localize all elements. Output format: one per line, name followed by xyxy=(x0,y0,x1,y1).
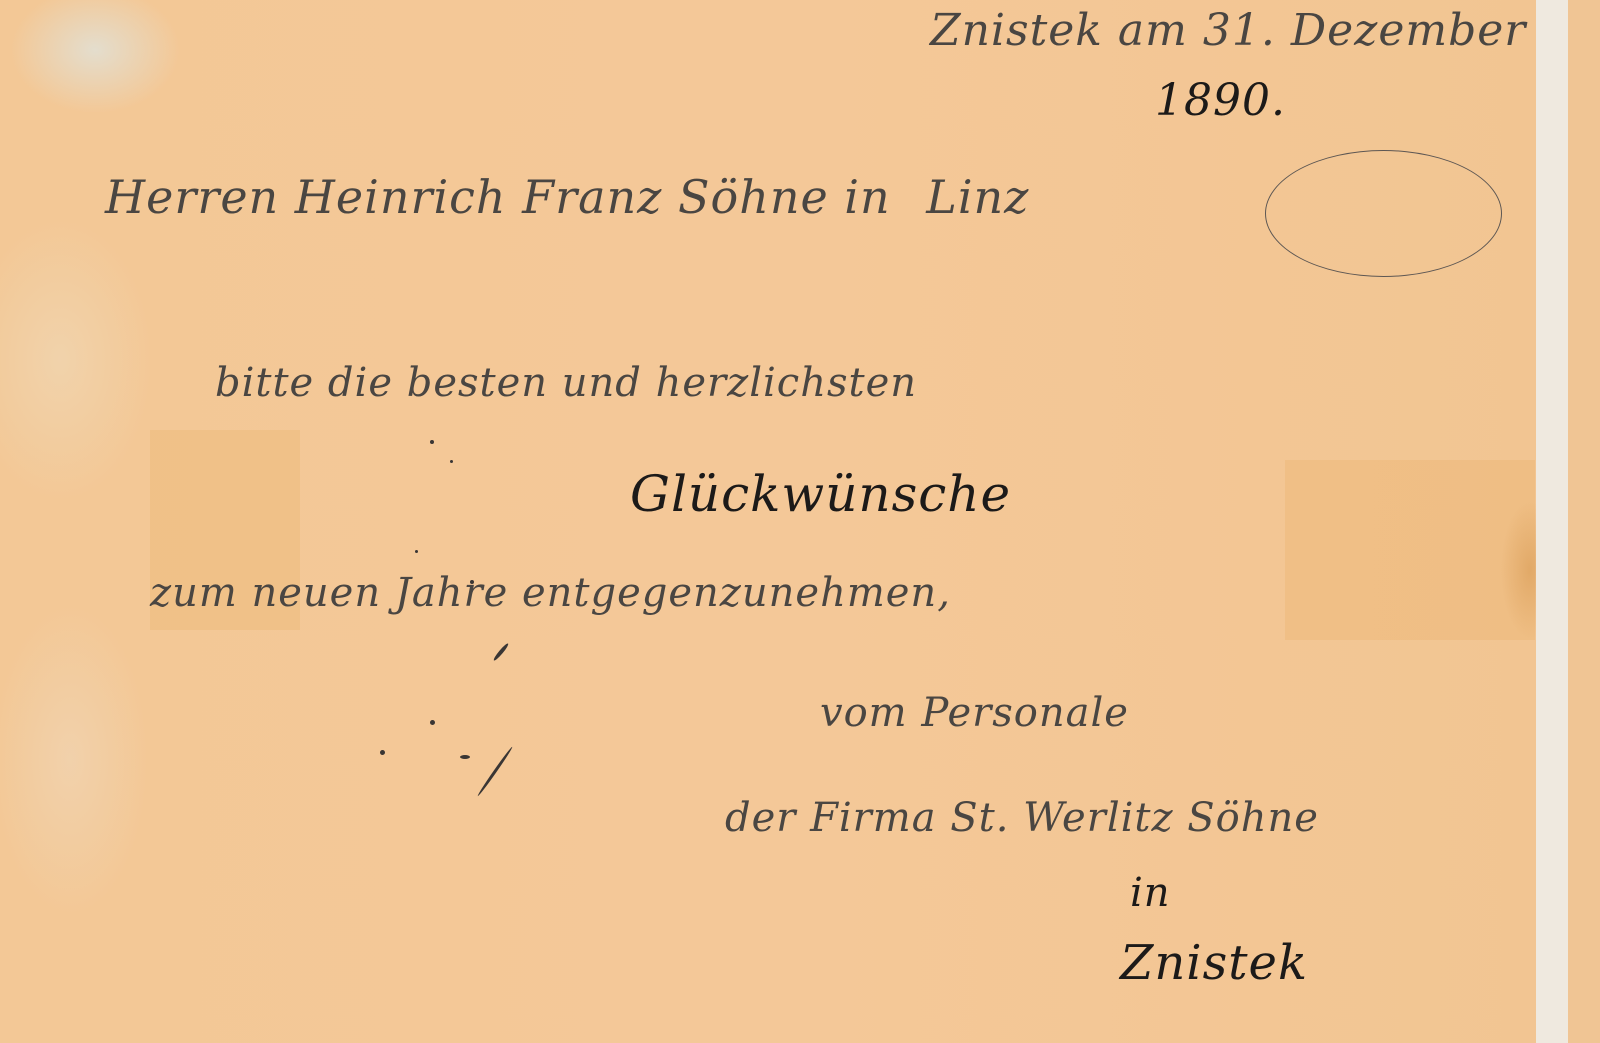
sender-line-3: in xyxy=(1130,870,1171,916)
place-date-line: Znistek am 31. Dezember xyxy=(930,5,1526,56)
greeting-line-1: bitte die besten und herzlichsten xyxy=(215,360,917,406)
postcard: Znistek am 31. Dezember 1890. Herren Hei… xyxy=(0,0,1568,1043)
recipient-city: Linz xyxy=(926,170,1029,224)
year-line: 1890. xyxy=(1155,75,1286,126)
stamp-shadow-right xyxy=(1285,460,1535,640)
sender-line-2: der Firma St. Werlitz Söhne xyxy=(725,795,1319,841)
sender-town: Znistek xyxy=(1120,935,1308,991)
greeting-line-2: Glückwünsche xyxy=(630,465,1011,523)
address-line: Herren Heinrich Franz Söhne in Linz xyxy=(105,170,1029,224)
recipient-name: Herren Heinrich Franz Söhne in xyxy=(105,170,891,224)
page-edge xyxy=(1536,0,1568,1043)
sender-line-1: vom Personale xyxy=(820,690,1129,736)
greeting-line-3: zum neuen Jahre entgegenzunehmen, xyxy=(150,570,951,616)
postmark-impression xyxy=(370,420,540,800)
city-circle-mark xyxy=(1265,150,1502,277)
